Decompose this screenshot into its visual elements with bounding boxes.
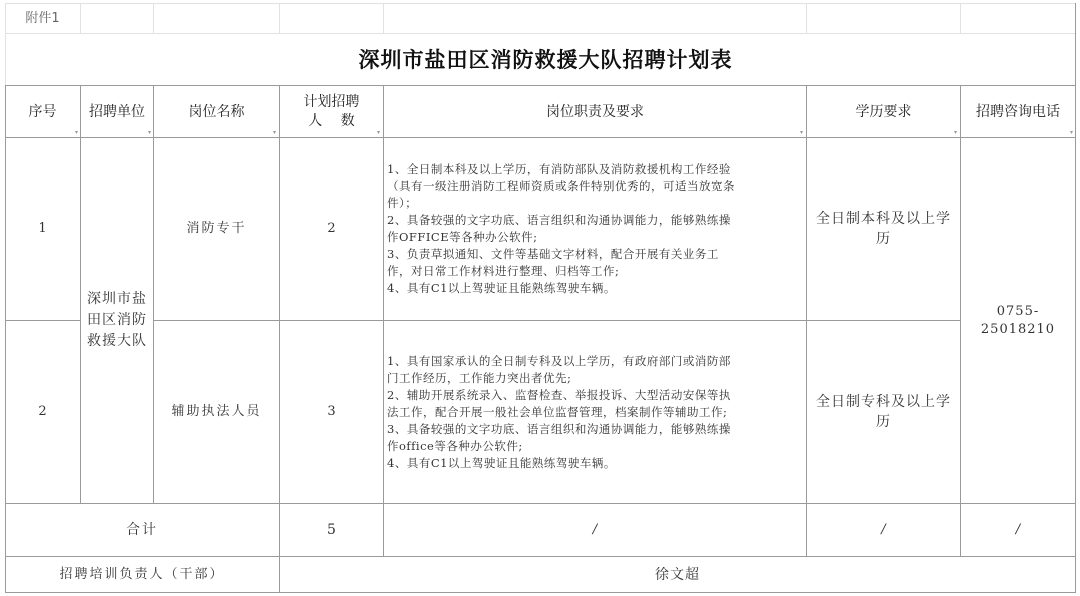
duty-line: 3、具备较强的文字功底、语言组织和沟通协调能力，能够熟练操 (387, 421, 731, 438)
gridline (5, 592, 1076, 593)
row2-duties: 1、具有国家承认的全日制专科及以上学历，有政府部门或消防部 门工作经历，工作能力… (384, 321, 806, 503)
total-education: / (807, 504, 960, 556)
row1-education: 全日制本科及以上学 历 (807, 138, 960, 320)
page-title: 深圳市盐田区消防救援大队招聘计划表 (5, 34, 1076, 85)
duty-line: 门工作经历，工作能力突出者优先; (387, 370, 731, 387)
row2-education: 全日制专科及以上学 历 (807, 321, 960, 503)
filter-dropdown-icon[interactable] (73, 129, 78, 134)
gridline (5, 3, 1076, 4)
responsible-person-name: 徐文超 (280, 557, 1075, 592)
unit-line: 田区消防 (87, 310, 147, 331)
filter-dropdown-icon[interactable] (375, 129, 380, 134)
row1-seq: 1 (5, 138, 80, 320)
filter-dropdown-icon[interactable] (1068, 129, 1073, 134)
row1-count: 2 (280, 138, 383, 320)
header-seq: 序号 (5, 86, 80, 137)
gridline (153, 3, 154, 33)
gridline (1075, 3, 1076, 593)
row2-position: 辅助执法人员 (154, 321, 279, 503)
header-count-line2: 人 数 (308, 112, 354, 131)
gridline (806, 3, 807, 33)
row1-duties: 1、全日制本科及以上学历，有消防部队及消防救援机构工作经验 （具有一级注册消防工… (384, 138, 806, 320)
total-phone: / (961, 504, 1075, 556)
filter-dropdown-icon[interactable] (146, 129, 151, 134)
header-count: 计划招聘 人 数 (280, 86, 383, 137)
duty-line: 作OFFICE等各种办公软件; (387, 229, 735, 246)
responsible-person-label: 招聘培训负责人（干部） (5, 557, 279, 592)
filter-dropdown-icon[interactable] (798, 129, 803, 134)
duty-line: 4、具有C1以上驾驶证且能熟练驾驶车辆。 (387, 455, 731, 472)
total-duties: / (384, 504, 806, 556)
duty-line: 2、具备较强的文字功底、语言组织和沟通协调能力，能够熟练操 (387, 212, 735, 229)
phone-number: 0755-25018210 (961, 138, 1075, 503)
duty-line: 2、辅助开展系统录入、监督检查、举报投诉、大型活动安保等执 (387, 387, 731, 404)
duty-line: 1、具有国家承认的全日制专科及以上学历，有政府部门或消防部 (387, 353, 731, 370)
duty-line: 作office等各种办公软件; (387, 438, 731, 455)
header-position: 岗位名称 (154, 86, 279, 137)
education-line: 历 (876, 229, 891, 249)
gridline (279, 3, 280, 33)
unit-line: 深圳市盐 (87, 289, 147, 310)
recruiting-unit: 深圳市盐 田区消防 救援大队 (81, 138, 153, 503)
row2-seq: 2 (5, 321, 80, 503)
education-line: 全日制本科及以上学 (816, 209, 951, 229)
total-label: 合计 (5, 504, 279, 556)
total-count: 5 (280, 504, 383, 556)
filter-dropdown-icon[interactable] (271, 129, 276, 134)
unit-line: 救援大队 (87, 331, 147, 352)
duty-line: （具有一级注册消防工程师资质或条件特别优秀的，可适当放宽条 (387, 178, 735, 195)
gridline (80, 3, 81, 33)
filter-dropdown-icon[interactable] (952, 129, 957, 134)
duty-line: 作，对日常工作材料进行整理、归档等工作; (387, 263, 735, 280)
row1-position: 消防专干 (154, 138, 279, 320)
duty-line: 3、负责草拟通知、文件等基础文字材料，配合开展有关业务工 (387, 246, 735, 263)
duty-line: 件）； (387, 195, 735, 212)
header-unit: 招聘单位 (81, 86, 153, 137)
education-line: 历 (876, 412, 891, 432)
header-count-line1: 计划招聘 (304, 93, 360, 112)
education-line: 全日制专科及以上学 (816, 392, 951, 412)
row2-count: 3 (280, 321, 383, 503)
duty-line: 4、具有C1以上驾驶证且能熟练驾驶车辆。 (387, 280, 735, 297)
header-phone: 招聘咨询电话 (961, 86, 1075, 137)
duty-line: 1、全日制本科及以上学历，有消防部队及消防救援机构工作经验 (387, 161, 735, 178)
recruitment-plan-table: 附件1 深圳市盐田区消防救援大队招聘计划表 序号 招聘单位 岗位名称 计划招聘 … (5, 3, 1076, 593)
header-education: 学历要求 (807, 86, 960, 137)
gridline (960, 3, 961, 33)
duty-line: 法工作，配合开展一般社会单位监督管理，档案制作等辅助工作; (387, 404, 731, 421)
attachment-label: 附件1 (5, 4, 80, 33)
gridline (383, 3, 384, 33)
header-duties: 岗位职责及要求 (384, 86, 806, 137)
